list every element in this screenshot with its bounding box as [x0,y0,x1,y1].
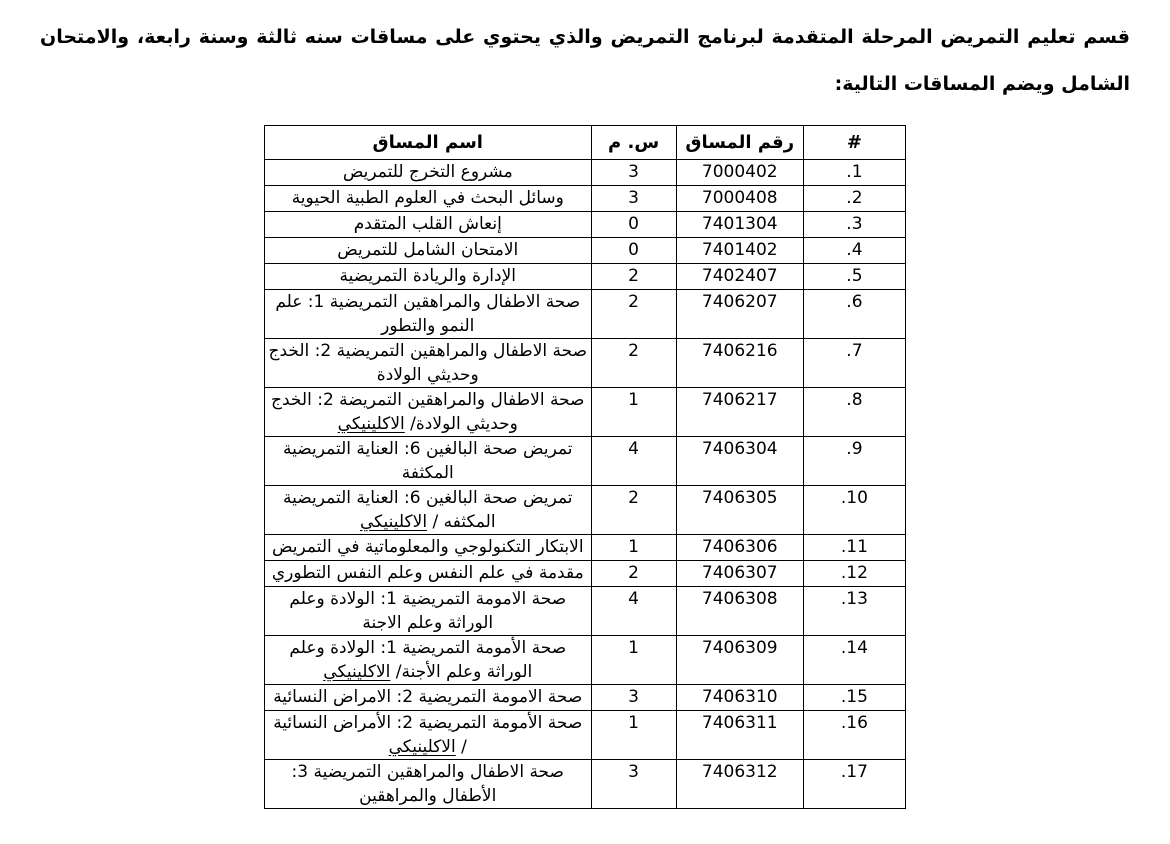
row-index-cell: .2 [803,186,905,212]
course-number-cell: 7406307 [676,561,803,587]
courses-table: # رقم المساق س. م اسم المساق .170004023م… [264,125,906,809]
row-index-cell: .14 [803,636,905,685]
course-name-cell: وسائل البحث في العلوم الطبية الحيوية [265,186,592,212]
table-row: .774062162صحة الاطفال والمراهقين التمريض… [265,339,906,388]
credit-hours-cell: 1 [591,535,676,561]
credit-hours-cell: 1 [591,388,676,437]
credit-hours-cell: 1 [591,636,676,685]
course-number-cell: 7000402 [676,160,803,186]
course-number-cell: 7406207 [676,290,803,339]
row-index-cell: .11 [803,535,905,561]
course-name-cell: صحة الامومة التمريضية 1: الولادة وعلم ال… [265,587,592,636]
course-name-cell: الإدارة والريادة التمريضية [265,264,592,290]
course-number-cell: 7406309 [676,636,803,685]
row-index-cell: .6 [803,290,905,339]
credit-hours-cell: 3 [591,760,676,809]
course-number-cell: 7406308 [676,587,803,636]
credit-hours-cell: 4 [591,587,676,636]
course-name-cell: صحة الامومة التمريضية 2: الامراض النسائي… [265,685,592,711]
course-name-cell: تمريض صحة البالغين 6: العناية التمريضية … [265,486,592,535]
table-row: .674062072صحة الاطفال والمراهقين التمريض… [265,290,906,339]
course-name-cell: صحة الأمومة التمريضية 2: الأمراض النسائي… [265,711,592,760]
table-row: .1474063091صحة الأمومة التمريضية 1: الول… [265,636,906,685]
column-header-course-number: رقم المساق [676,126,803,160]
credit-hours-cell: 2 [591,339,676,388]
column-header-course-name: اسم المساق [265,126,592,160]
course-number-cell: 7406304 [676,437,803,486]
row-index-cell: .13 [803,587,905,636]
course-name-cell: الامتحان الشامل للتمريض [265,238,592,264]
table-header-row: # رقم المساق س. م اسم المساق [265,126,906,160]
course-name-cell: صحة الاطفال والمراهقين التمريضية 1: علم … [265,290,592,339]
table-row: .874062171صحة الاطفال والمراهقين التمريض… [265,388,906,437]
table-row: .1374063084صحة الامومة التمريضية 1: الول… [265,587,906,636]
table-row: .474014020الامتحان الشامل للتمريض [265,238,906,264]
row-index-cell: .8 [803,388,905,437]
credit-hours-cell: 1 [591,711,676,760]
credit-hours-cell: 2 [591,290,676,339]
table-row: .1774063123صحة الاطفال والمراهقين التمري… [265,760,906,809]
underlined-text: الاكلينيكي [360,512,427,532]
table-row: .1074063052تمريض صحة البالغين 6: العناية… [265,486,906,535]
course-number-cell: 7000408 [676,186,803,212]
course-number-cell: 7406306 [676,535,803,561]
course-number-cell: 7406217 [676,388,803,437]
course-number-cell: 7406305 [676,486,803,535]
course-name-cell: مقدمة في علم النفس وعلم النفس التطوري [265,561,592,587]
column-header-index: # [803,126,905,160]
underlined-text: الاكلينيكي [389,737,456,757]
row-index-cell: .15 [803,685,905,711]
table-row: .1174063061الابتكار التكنولوجي والمعلوما… [265,535,906,561]
credit-hours-cell: 3 [591,186,676,212]
column-header-credit-hours: س. م [591,126,676,160]
intro-paragraph: قسم تعليم التمريض المرحلة المتقدمة لبرنا… [40,14,1130,108]
row-index-cell: .12 [803,561,905,587]
course-name-cell: الابتكار التكنولوجي والمعلوماتية في التم… [265,535,592,561]
table-row: .270004083وسائل البحث في العلوم الطبية ا… [265,186,906,212]
row-index-cell: .10 [803,486,905,535]
credit-hours-cell: 0 [591,238,676,264]
course-name-cell: تمريض صحة البالغين 6: العناية التمريضية … [265,437,592,486]
credit-hours-cell: 2 [591,486,676,535]
credit-hours-cell: 3 [591,685,676,711]
table-row: .374013040إنعاش القلب المتقدم [265,212,906,238]
table-row: .170004023مشروع التخرج للتمريض [265,160,906,186]
course-name-cell: إنعاش القلب المتقدم [265,212,592,238]
credit-hours-cell: 4 [591,437,676,486]
table-row: .574024072الإدارة والريادة التمريضية [265,264,906,290]
row-index-cell: .9 [803,437,905,486]
course-name-cell: صحة الاطفال والمراهقين التمريضة 2: الخدج… [265,388,592,437]
course-number-cell: 7401304 [676,212,803,238]
row-index-cell: .1 [803,160,905,186]
table-row: .1574063103صحة الامومة التمريضية 2: الام… [265,685,906,711]
row-index-cell: .5 [803,264,905,290]
table-row: .1674063111صحة الأمومة التمريضية 2: الأم… [265,711,906,760]
credit-hours-cell: 2 [591,264,676,290]
course-number-cell: 7402407 [676,264,803,290]
table-body: .170004023مشروع التخرج للتمريض.270004083… [265,160,906,809]
course-number-cell: 7406311 [676,711,803,760]
underlined-text: الاكلينيكي [323,662,390,682]
course-name-cell: صحة الأمومة التمريضية 1: الولادة وعلم ال… [265,636,592,685]
course-name-cell: مشروع التخرج للتمريض [265,160,592,186]
course-name-cell: صحة الاطفال والمراهقين التمريضية 2: الخد… [265,339,592,388]
underlined-text: الاكلينيكي [338,414,405,434]
row-index-cell: .4 [803,238,905,264]
row-index-cell: .3 [803,212,905,238]
course-number-cell: 7406310 [676,685,803,711]
course-name-cell: صحة الاطفال والمراهقين التمريضية 3: الأط… [265,760,592,809]
row-index-cell: .17 [803,760,905,809]
credit-hours-cell: 0 [591,212,676,238]
table-row: .974063044تمريض صحة البالغين 6: العناية … [265,437,906,486]
document-page: قسم تعليم التمريض المرحلة المتقدمة لبرنا… [0,0,1170,844]
course-number-cell: 7406216 [676,339,803,388]
course-number-cell: 7406312 [676,760,803,809]
row-index-cell: .16 [803,711,905,760]
course-number-cell: 7401402 [676,238,803,264]
credit-hours-cell: 3 [591,160,676,186]
table-row: .1274063072مقدمة في علم النفس وعلم النفس… [265,561,906,587]
credit-hours-cell: 2 [591,561,676,587]
row-index-cell: .7 [803,339,905,388]
